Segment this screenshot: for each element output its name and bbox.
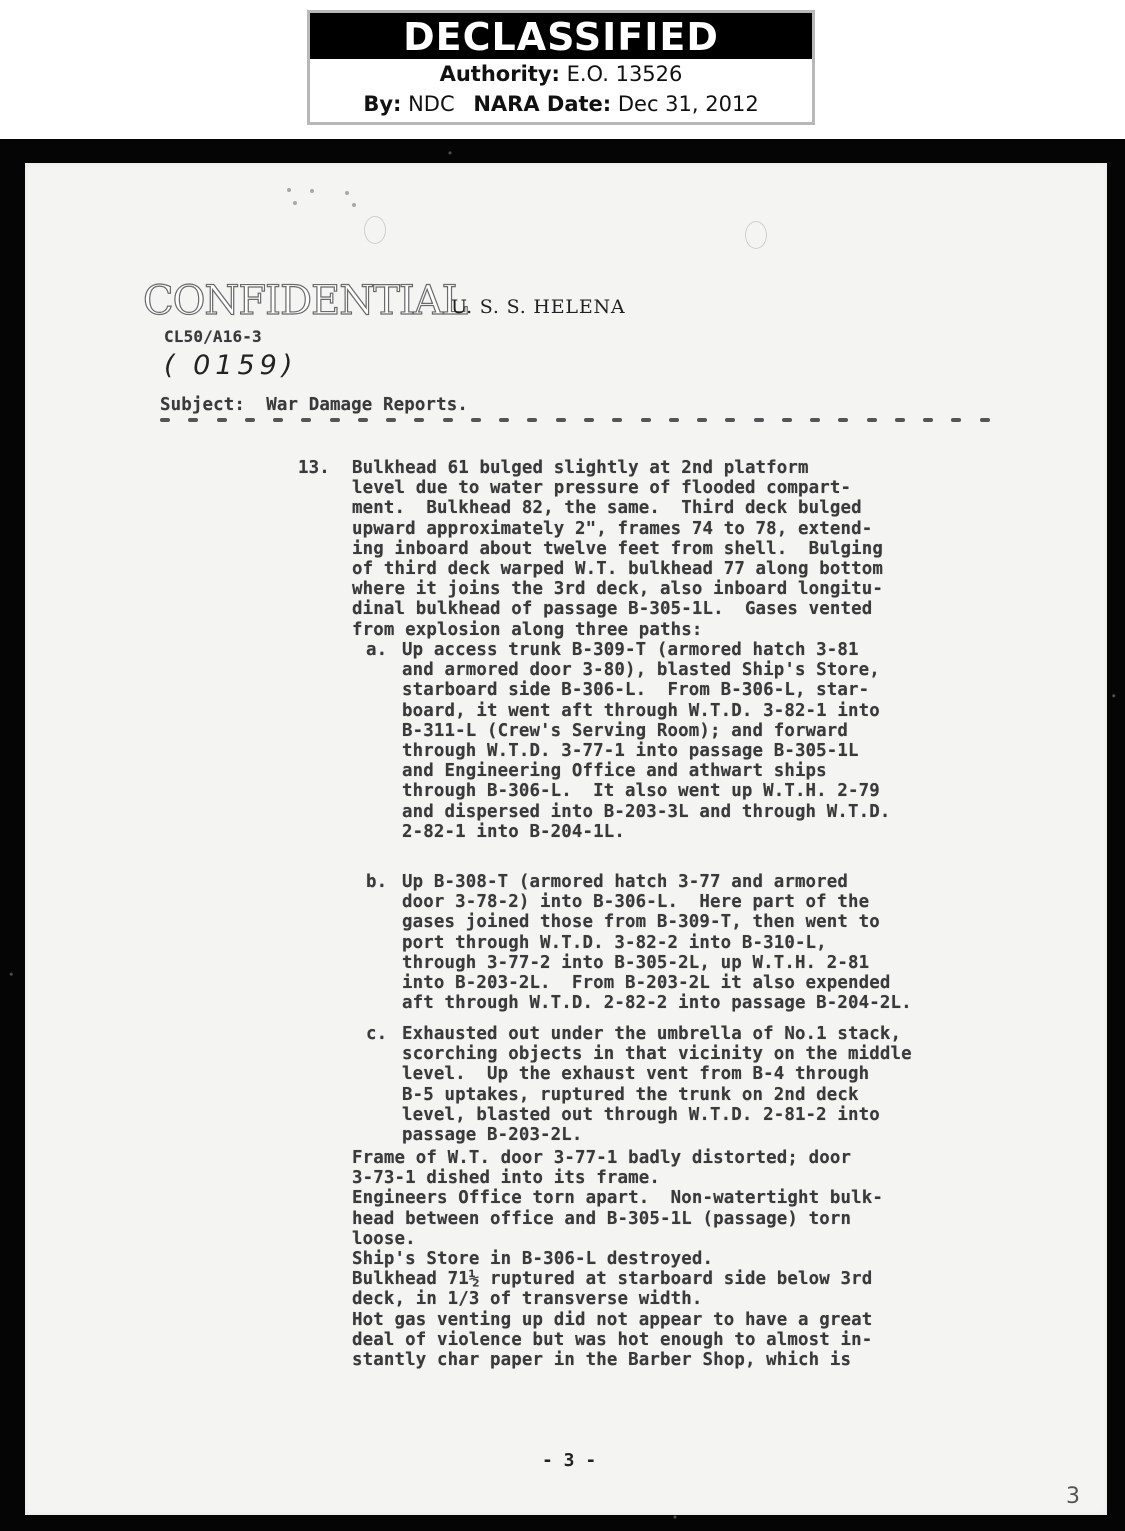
subject-value: War Damage Reports.	[266, 395, 468, 415]
text-line: through W.T.D. 3-77-1 into passage B-305…	[402, 741, 891, 761]
text-line: Exhausted out under the umbrella of No.1…	[402, 1024, 912, 1044]
text-line: port through W.T.D. 3-82-2 into B-310-L,	[402, 933, 912, 953]
text-line: B-5 uptakes, ruptured the trunk on 2nd d…	[402, 1085, 912, 1105]
dash	[386, 418, 396, 422]
text-line: B-311-L (Crew's Serving Room); and forwa…	[402, 721, 891, 741]
text-line: where it joins the 3rd deck, also inboar…	[352, 579, 883, 599]
dash	[188, 418, 198, 422]
text-line: 3-73-1 dished into its frame.	[352, 1168, 883, 1188]
dash	[217, 418, 227, 422]
dash	[443, 418, 453, 422]
text-line: Hot gas venting up did not appear to hav…	[352, 1310, 883, 1330]
dash	[641, 418, 651, 422]
path-c-label: c.	[366, 1024, 387, 1044]
nara-date-label: NARA Date:	[473, 92, 611, 116]
dash	[838, 418, 848, 422]
dash	[697, 418, 707, 422]
dash	[612, 418, 622, 422]
text-line: upward approximately 2", frames 74 to 78…	[352, 519, 883, 539]
dash	[330, 418, 340, 422]
dash	[895, 418, 905, 422]
text-line: Bulkhead 71½ ruptured at starboard side …	[352, 1269, 883, 1289]
dash	[245, 418, 255, 422]
authority-line: Authority: E.O. 13526	[310, 59, 812, 89]
handwritten-folio: 3	[1066, 1484, 1080, 1509]
text-line: and armored door 3-80), blasted Ship's S…	[402, 660, 891, 680]
path-a-label: a.	[366, 640, 387, 660]
text-line: board, it went aft through W.T.D. 3-82-1…	[402, 701, 891, 721]
page-number: - 3 -	[542, 1450, 596, 1471]
text-line: ing inboard about twelve feet from shell…	[352, 539, 883, 559]
dash	[980, 418, 990, 422]
closing-notes: Frame of W.T. door 3-77-1 badly distorte…	[352, 1148, 883, 1370]
dash	[301, 418, 311, 422]
dash	[556, 418, 566, 422]
by-date-line: By: NDC NARA Date: Dec 31, 2012	[310, 89, 812, 119]
text-line: loose.	[352, 1229, 883, 1249]
speck	[287, 188, 291, 192]
path-b-label: b.	[366, 872, 387, 892]
text-line: into B-203-2L. From B-203-2L it also exp…	[402, 973, 912, 993]
by-label: By:	[363, 92, 401, 116]
speck	[352, 203, 356, 207]
authority-label: Authority:	[440, 62, 560, 86]
text-line: from explosion along three paths:	[352, 620, 883, 640]
dash	[471, 418, 481, 422]
dash	[810, 418, 820, 422]
text-line: deal of violence but was hot enough to a…	[352, 1330, 883, 1350]
dash	[951, 418, 961, 422]
speck	[293, 201, 297, 205]
text-line: stantly char paper in the Barber Shop, w…	[352, 1350, 883, 1370]
speck	[310, 189, 314, 193]
dash	[499, 418, 509, 422]
dash	[782, 418, 792, 422]
punch-hole-icon	[745, 221, 767, 249]
by-value: NDC	[408, 92, 455, 116]
dash	[867, 418, 877, 422]
text-line: Frame of W.T. door 3-77-1 badly distorte…	[352, 1148, 883, 1168]
text-line: through 3-77-2 into B-305-2L, up W.T.H. …	[402, 953, 912, 973]
text-line: passage B-203-2L.	[402, 1125, 912, 1145]
text-line: Up access trunk B-309-T (armored hatch 3…	[402, 640, 891, 660]
path-c-text: Exhausted out under the umbrella of No.1…	[402, 1024, 912, 1145]
dash	[273, 418, 283, 422]
ship-name: U. S. S. HELENA	[451, 296, 625, 318]
text-line: Bulkhead 61 bulged slightly at 2nd platf…	[352, 458, 883, 478]
text-line: aft through W.T.D. 2-82-2 into passage B…	[402, 993, 912, 1013]
text-line: gases joined those from B-309-T, then we…	[402, 912, 912, 932]
confidential-stamp: CONFIDENTIAL	[143, 281, 467, 321]
text-line: scorching objects in that vicinity on th…	[402, 1044, 912, 1064]
dash	[754, 418, 764, 422]
text-line: Up B-308-T (armored hatch 3-77 and armor…	[402, 872, 912, 892]
text-line: 2-82-1 into B-204-1L.	[402, 822, 891, 842]
subject-label: Subject:	[160, 395, 245, 415]
text-line: level due to water pressure of flooded c…	[352, 478, 883, 498]
separator-dashes	[160, 418, 990, 422]
dash	[160, 418, 170, 422]
punch-hole-icon	[364, 216, 386, 244]
nara-date-value: Dec 31, 2012	[618, 92, 759, 116]
dash	[923, 418, 933, 422]
speck	[345, 191, 349, 195]
subject-line: Subject: War Damage Reports.	[160, 395, 468, 415]
text-line: and dispersed into B-203-3L and through …	[402, 802, 891, 822]
authority-value: E.O. 13526	[567, 62, 683, 86]
path-b-text: Up B-308-T (armored hatch 3-77 and armor…	[402, 872, 912, 1013]
text-line: and Engineering Office and athwart ships	[402, 761, 891, 781]
text-line: dinal bulkhead of passage B-305-1L. Gase…	[352, 599, 883, 619]
dash	[358, 418, 368, 422]
dash	[669, 418, 679, 422]
text-line: door 3-78-2) into B-306-L. Here part of …	[402, 892, 912, 912]
declassification-stamp: DECLASSIFIED Authority: E.O. 13526 By: N…	[307, 10, 815, 125]
text-line: Ship's Store in B-306-L destroyed.	[352, 1249, 883, 1269]
paragraph-intro: Bulkhead 61 bulged slightly at 2nd platf…	[352, 458, 883, 640]
dash	[725, 418, 735, 422]
text-line: Engineers Office torn apart. Non-waterti…	[352, 1188, 883, 1208]
declassified-heading: DECLASSIFIED	[310, 13, 812, 59]
text-line: of third deck warped W.T. bulkhead 77 al…	[352, 559, 883, 579]
dash	[527, 418, 537, 422]
text-line: head between office and B-305-1L (passag…	[352, 1209, 883, 1229]
file-code: CL50/A16-3	[164, 327, 262, 346]
text-line: through B-306-L. It also went up W.T.H. …	[402, 781, 891, 801]
text-line: level. Up the exhaust vent from B-4 thro…	[402, 1064, 912, 1084]
text-line: level, blasted out through W.T.D. 2-81-2…	[402, 1105, 912, 1125]
text-line: deck, in 1/3 of transverse width.	[352, 1289, 883, 1309]
path-a-text: Up access trunk B-309-T (armored hatch 3…	[402, 640, 891, 842]
text-line: starboard side B-306-L. From B-306-L, st…	[402, 680, 891, 700]
dash	[414, 418, 424, 422]
handwritten-serial: ( 0159)	[164, 350, 297, 381]
text-line: ment. Bulkhead 82, the same. Third deck …	[352, 498, 883, 518]
paragraph-number: 13.	[298, 458, 330, 478]
dash	[584, 418, 594, 422]
